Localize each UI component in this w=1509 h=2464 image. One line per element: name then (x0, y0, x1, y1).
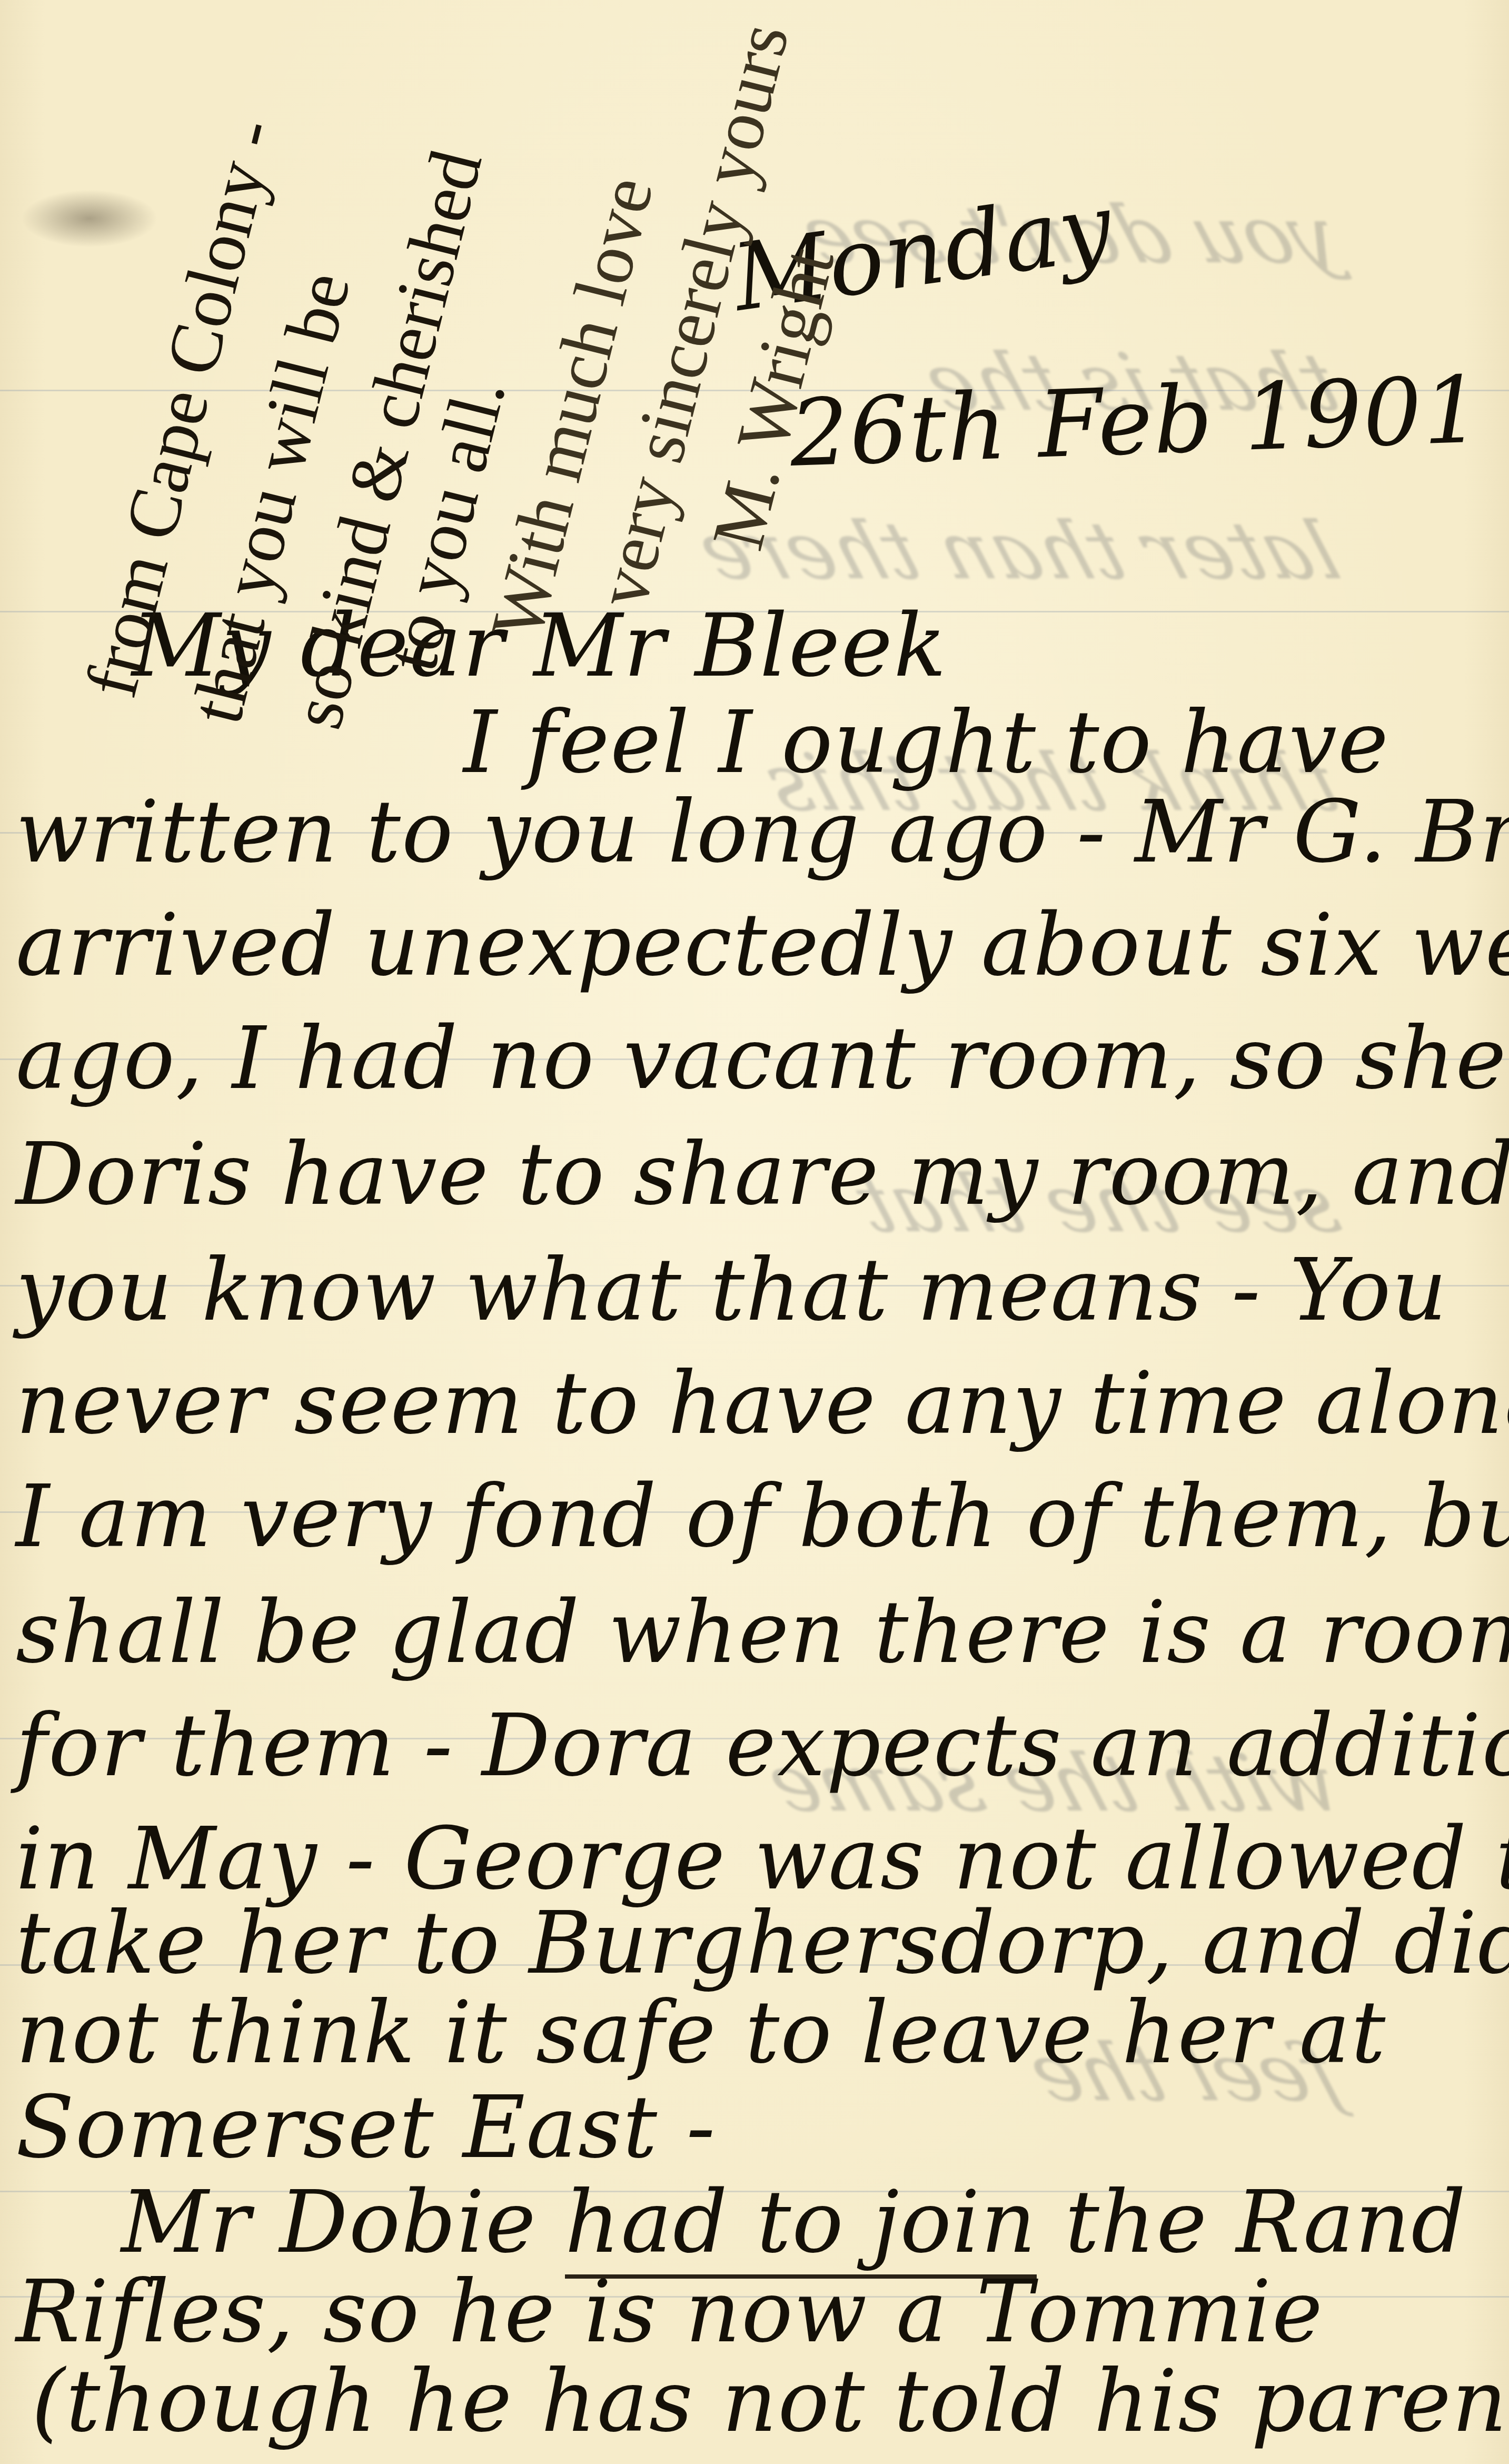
body-line: not think it safe to leave her at (16, 1991, 1488, 2076)
body-line: I feel I ought to have (463, 700, 1488, 786)
body-line: Rifles, so he is now a Tommie (16, 2270, 1488, 2355)
body-line: you know what that means - You (16, 1248, 1488, 1333)
body-line: take her to Burghersdorp, and did (16, 1901, 1488, 1986)
body-line: written to you long ago - Mr G. Bright (16, 790, 1488, 875)
body-line: for them - Dora expects an addition (16, 1704, 1488, 1789)
body-line: Somerset East - (16, 2085, 1488, 2171)
body-line: shall be glad when there is a room (16, 1590, 1488, 1676)
body-line: Doris have to share my room, and (16, 1132, 1488, 1218)
body-line: Mr Dobie had to join the Rand (121, 2180, 1488, 2265)
body-line: ago, I had no vacant room, so she and (16, 1016, 1488, 1102)
body-line: I am very fond of both of them, but (16, 1475, 1488, 1560)
body-line: arrived unexpectedly about six weeks (16, 903, 1488, 988)
ink-smudge (21, 190, 158, 248)
body-line: never seem to have any time alone - (16, 1361, 1488, 1447)
body-line: in May - George was not allowed to (16, 1817, 1488, 1902)
body-line: (though he has not told his parents (32, 2359, 1488, 2445)
